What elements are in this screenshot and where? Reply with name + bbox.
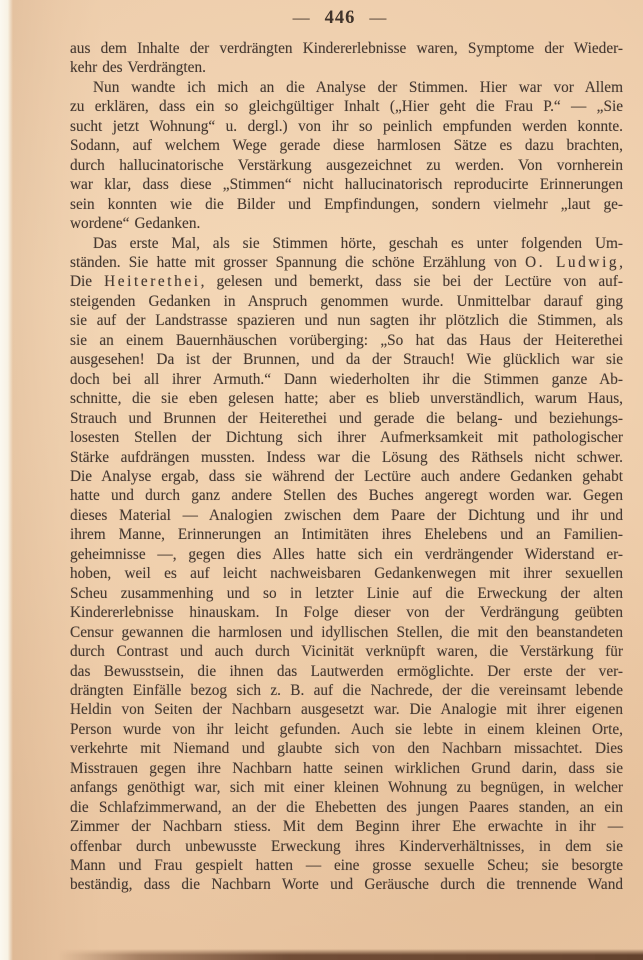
text-line: Misstrauen gegen ihre Nachbarn hatte sei… [70,759,623,778]
header-dash-left: — [293,8,311,27]
text-line: doch bei all ihrer Armuth.“ Dann wiederh… [70,370,623,389]
text-line: geheimnisse —, gegen dies Alles hatte si… [70,545,623,564]
text-line: ausgesehen! Da ist der Brunnen, und da d… [70,350,623,369]
text-line: ihrem Manne, Erinnerungen an Intimitäten… [70,525,623,544]
text-line: Kindererlebnisse hinauskam. In Folge die… [70,603,623,622]
text-line: das Bewusstsein, die ihnen das Lautwerde… [70,662,623,681]
text-line: Person wurde von ihr leicht gefunden. Au… [70,720,623,739]
text-line: aus dem Inhalte der verdrängten Kinderer… [70,39,623,58]
text-line: schnitte, die sie eben gelesen hatte; ab… [70,389,623,408]
letterspaced-title: Heiterethei [104,273,201,290]
letterspaced-title: O. Ludwig [525,254,619,271]
text-line: hoben, weil es auf leicht nachweisbaren … [70,564,623,583]
text-line: ständen. Sie hatte mit grosser Spannung … [70,253,623,272]
text-line: Die Analyse ergab, dass sie während der … [70,467,623,486]
text-line: losesten Stellen der Dichtung sich ihrer… [70,428,623,447]
text-line: wordene“ Gedanken. [70,214,623,233]
page-number-header: —446— [70,8,610,29]
text-line: anfangs genöthigt war, sich mit einer kl… [70,778,623,797]
text-line: sein konnten wie die Bilder und Empfindu… [70,195,623,214]
book-edge-shadow [0,949,643,960]
text-line: war klar, dass diese „Stimmen“ nicht hal… [70,175,623,194]
text-line: die Schlafzimmerwand, an der die Ehebett… [70,798,623,817]
text-line: drängten Einfälle bezog sich z. B. auf d… [70,681,623,700]
text-line: durch hallucinatorische Verstärkung ausg… [70,156,623,175]
text-line: Nun wandte ich mich an die Analyse der S… [70,78,623,97]
text-line: kehr des Verdrängten. [70,58,623,77]
text-line: beständig, dass die Nachbarn Worte und G… [70,875,623,894]
text-line: durch Contrast und auch durch Vicinität … [70,642,623,661]
text-line: zu erklären, dass ein so gleichgültiger … [70,97,623,116]
text-line: sie auf der Landstrasse spazieren und nu… [70,311,623,330]
paragraph: aus dem Inhalte der verdrängten Kinderer… [70,39,623,78]
text-line: sie an einem Bauernhäuschen vorüberging:… [70,331,623,350]
text-line: hatte und durch ganz andere Stellen des … [70,486,623,505]
text-line: Scheu zusammenhing und so in letzter Lin… [70,584,623,603]
text-line: dieses Material — Analogien zwischen dem… [70,506,623,525]
text-line: Strauch und Brunnen der Heiterethei und … [70,409,623,428]
text-line: Stärke aufdrängen mussten. Indess war di… [70,448,623,467]
paragraph: Das erste Mal, als sie Stimmen hörte, ge… [70,234,623,895]
scanned-book-page: —446— aus dem Inhalte der verdrängten Ki… [0,0,643,960]
text-line: Das erste Mal, als sie Stimmen hörte, ge… [70,234,623,253]
text-line: verkehrte mit Niemand und glaubte sich v… [70,739,623,758]
text-line: Heldin von Seiten der Nachbarn ausgesetz… [70,700,623,719]
text-line: Mann und Frau gespielt hatten — eine gro… [70,856,623,875]
text-line: sucht jetzt Wohnung“ u. dergl.) von ihr … [70,117,623,136]
text-line: Censur gewannen die harmlosen und idylli… [70,623,623,642]
text-line: Sodann, auf welchem Wege gerade diese ha… [70,136,623,155]
header-dash-right: — [369,8,387,27]
text-line: steigenden Gedanken in Anspruch genommen… [70,292,623,311]
text-line: Zimmer der Nachbarn stiess. Mit dem Begi… [70,817,623,836]
page-number: 446 [311,8,370,28]
page-text-body: aus dem Inhalte der verdrängten Kinderer… [70,39,623,895]
text-line: Die Heiterethei, gelesen und bemerkt, da… [70,272,623,291]
text-line: offenbar durch unbewusste Erweckung ihre… [70,837,623,856]
paragraph: Nun wandte ich mich an die Analyse der S… [70,78,623,234]
scanner-margin-left [0,0,13,960]
